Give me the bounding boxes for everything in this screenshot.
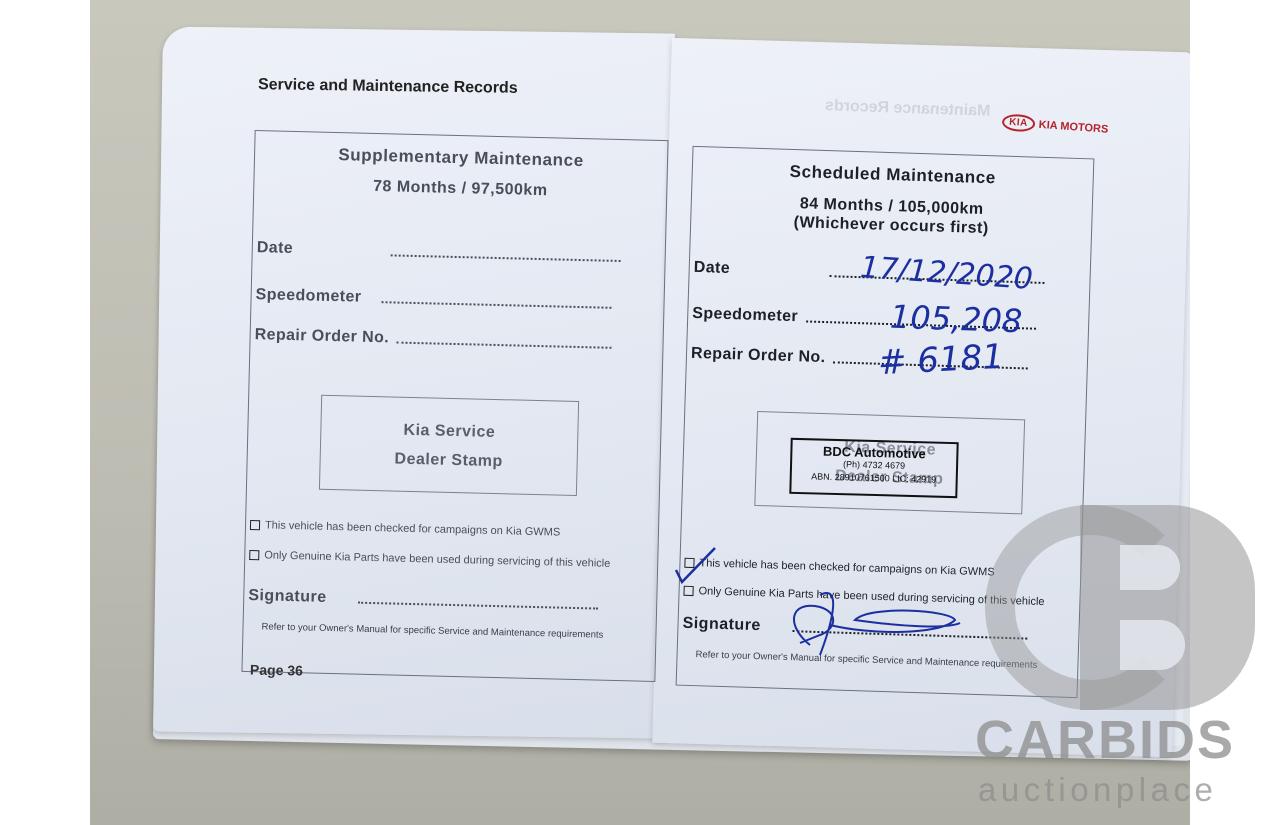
date-line <box>391 253 621 262</box>
check-label: Only Genuine Kia Parts have been used du… <box>264 549 610 569</box>
signature-label: Signature <box>248 587 327 607</box>
record-title: Supplementary Maintenance <box>255 143 667 173</box>
supplementary-maintenance-record: Supplementary Maintenance 78 Months / 97… <box>241 130 668 682</box>
date-field[interactable]: Date <box>257 239 622 266</box>
field-label: Date <box>693 259 730 278</box>
field-label: Repair Order No. <box>691 345 826 367</box>
record-interval: 78 Months / 97,500km <box>254 175 666 203</box>
brand-name: KIA MOTORS <box>1038 118 1108 135</box>
handwritten-repair-order: # 6181 <box>877 337 1005 384</box>
field-label: Repair Order No. <box>254 326 389 347</box>
page-number: Page 36 <box>250 662 303 679</box>
footer-note: Refer to your Owner's Manual for specifi… <box>261 621 603 640</box>
bdc-dealer-stamp: BDC Automotive (Ph) 4732 4679 ABN. 28910… <box>789 438 958 498</box>
genuine-parts-check[interactable]: Only Genuine Kia Parts have been used du… <box>249 549 610 570</box>
field-label: Speedometer <box>692 305 798 326</box>
kia-logo-icon: KIA <box>1002 113 1036 132</box>
page-header-title: Service and Maintenance Records <box>258 76 518 98</box>
signature-scribble-icon <box>780 585 980 665</box>
stamp-label: Dealer Stamp <box>320 443 577 478</box>
speedometer-field[interactable]: Speedometer <box>255 286 611 313</box>
photo-background: Maintenance Records Service and Maintena… <box>90 0 1190 825</box>
repair-order-line <box>397 341 612 349</box>
record-title: Scheduled Maintenance <box>693 159 1093 192</box>
record-interval: 84 Months / 105,000km (Whichever occurs … <box>691 191 1092 242</box>
checkbox-icon[interactable] <box>249 550 259 560</box>
repair-order-field[interactable]: Repair Order No. <box>254 326 612 353</box>
signature-label: Signature <box>682 615 761 635</box>
speedometer-line <box>381 300 611 309</box>
signature-line <box>358 601 598 610</box>
checkbox-icon[interactable] <box>250 520 260 530</box>
field-label: Speedometer <box>255 286 361 307</box>
check-label: This vehicle has been checked for campai… <box>265 519 561 538</box>
dealer-stamp-area: Kia Service Dealer Stamp <box>319 395 579 496</box>
campaign-check[interactable]: This vehicle has been checked for campai… <box>250 519 561 539</box>
field-label: Date <box>257 239 294 258</box>
handwritten-speedometer: 105,208 <box>889 298 1023 341</box>
signature-field[interactable]: Signature <box>248 587 599 614</box>
checkmark-icon <box>670 540 750 590</box>
